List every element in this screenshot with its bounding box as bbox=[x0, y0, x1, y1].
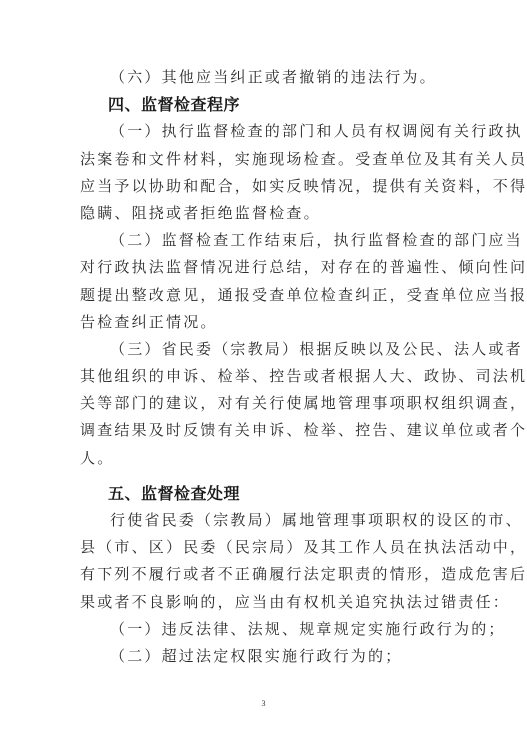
paragraph-line: 题提出整改意见，通报受查单位检查纠正，受查单位应当报 bbox=[80, 282, 448, 309]
paragraph-line: 县（市、区）民委（民宗局）及其工作人员在执法活动中， bbox=[80, 534, 448, 561]
paragraph-line: （二）监督检查工作结束后，执行监督检查的部门应当 bbox=[80, 227, 448, 254]
paragraph-4-1: （一）执行监督检查的部门和人员有权调阅有关行政执 法案卷和文件材料，实施现场检查… bbox=[80, 118, 448, 227]
page-number: 3 bbox=[0, 699, 527, 708]
paragraph-line: 行使省民委（宗教局）属地管理事项职权的设区的市、 bbox=[80, 507, 448, 534]
item-5-1: （一）违反法律、法规、规章规定实施行政行为的； bbox=[80, 616, 448, 643]
paragraph-line: 有下列不履行或者不正确履行法定职责的情形，造成危害后 bbox=[80, 561, 448, 588]
section-heading-5: 五、监督检查处理 bbox=[80, 480, 448, 507]
paragraph-4-3: （三）省民委（宗教局）根据反映以及公民、法人或者 其他组织的申诉、检举、控告或者… bbox=[80, 336, 448, 472]
section-heading-4: 四、监督检查程序 bbox=[80, 91, 448, 118]
paragraph-line: 关等部门的建议，对有关行使属地管理事项职权组织调查， bbox=[80, 390, 448, 417]
paragraph-line: 调查结果及时反馈有关申诉、检举、控告、建议单位或者个 bbox=[80, 417, 448, 444]
paragraph-line: 对行政执法监督情况进行总结，对存在的普遍性、倾向性问 bbox=[80, 254, 448, 281]
document-body: （六）其他应当纠正或者撤销的违法行为。 四、监督检查程序 （一）执行监督检查的部… bbox=[80, 64, 448, 670]
paragraph-line: 法案卷和文件材料，实施现场检查。受查单位及其有关人员 bbox=[80, 146, 448, 173]
paragraph-line: 果或者不良影响的，应当由有权机关追究执法过错责任： bbox=[80, 589, 448, 616]
paragraph-line: （三）省民委（宗教局）根据反映以及公民、法人或者 bbox=[80, 336, 448, 363]
document-page: （六）其他应当纠正或者撤销的违法行为。 四、监督检查程序 （一）执行监督检查的部… bbox=[0, 0, 527, 744]
paragraph-line: 其他组织的申诉、检举、控告或者根据人大、政协、司法机 bbox=[80, 363, 448, 390]
paragraph-line: （一）执行监督检查的部门和人员有权调阅有关行政执 bbox=[80, 118, 448, 145]
paragraph-line: 人。 bbox=[80, 445, 448, 472]
paragraph-line: 应当予以协助和配合，如实反映情况，提供有关资料，不得 bbox=[80, 173, 448, 200]
paragraph-5-intro: 行使省民委（宗教局）属地管理事项职权的设区的市、 县（市、区）民委（民宗局）及其… bbox=[80, 507, 448, 616]
item-six: （六）其他应当纠正或者撤销的违法行为。 bbox=[80, 64, 448, 91]
paragraph-line: 告检查纠正情况。 bbox=[80, 309, 448, 336]
paragraph-4-2: （二）监督检查工作结束后，执行监督检查的部门应当 对行政执法监督情况进行总结，对… bbox=[80, 227, 448, 336]
paragraph-line: 隐瞒、阻挠或者拒绝监督检查。 bbox=[80, 200, 448, 227]
item-5-2: （二）超过法定权限实施行政行为的； bbox=[80, 643, 448, 670]
